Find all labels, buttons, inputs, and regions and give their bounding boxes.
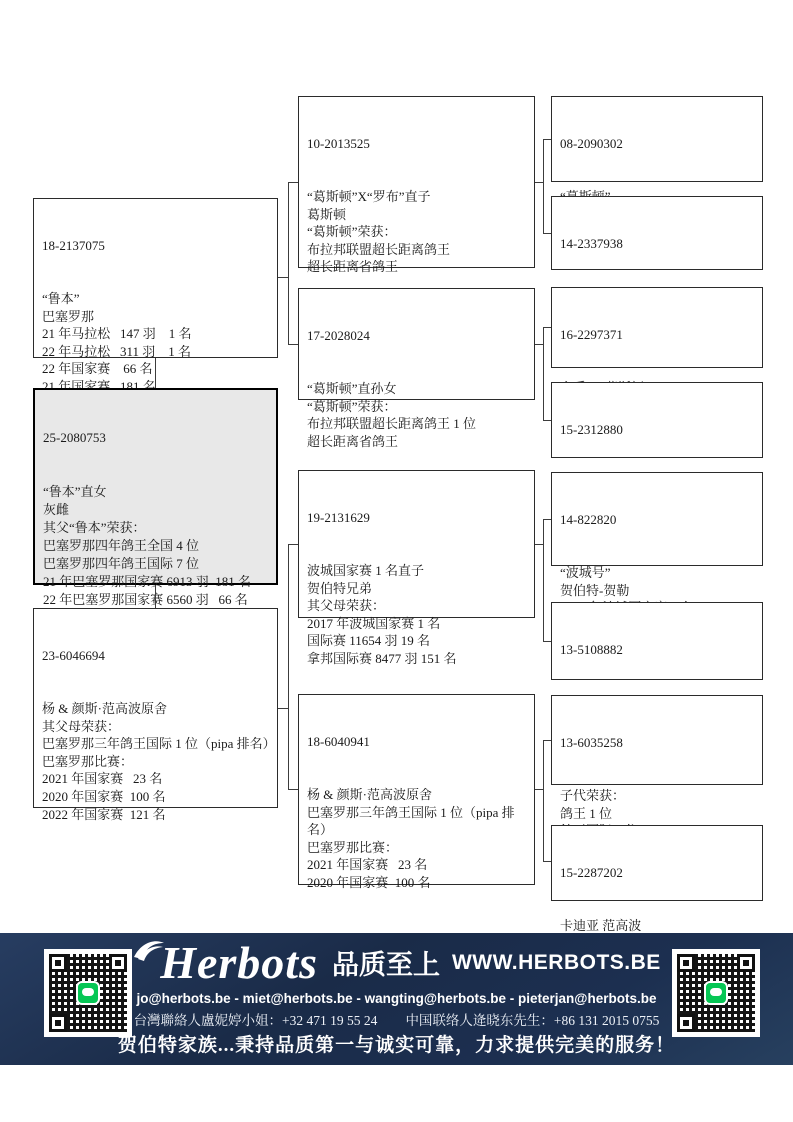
pedigree-page: 18-2137075 “鲁本”巴塞罗那21 年马拉松 147 羽 1 名22 年… — [0, 0, 793, 1122]
box-details: “葛斯顿”X“罗布”直子葛斯顿“葛斯顿”荣获：布拉邦联盟超长距离鸽王超长距离省鸽… — [307, 188, 527, 276]
text-line: “波城号” — [560, 564, 755, 582]
ring-number: 18-6040941 — [307, 733, 527, 751]
box-details: 杨 & 颜斯·范高波原舍巴塞罗那三年鸽王国际 1 位（pipa 排名）巴塞罗那比… — [307, 786, 527, 892]
text-line: 超长距离省鸽王 — [307, 258, 527, 276]
text-line: 2021 年国家赛 23 名 — [42, 770, 270, 788]
text-line: 鸽王 1 位 — [560, 805, 755, 823]
text-line: 22 年国家赛 66 名 — [42, 360, 270, 378]
brand-logo: Herbots — [160, 936, 318, 989]
ring-number: 08-2090302 — [560, 135, 755, 153]
china-contact: 中国联络人逄晓东先生：+86 131 2015 0755 — [405, 1013, 659, 1028]
ring-number: 10-2013525 — [307, 135, 527, 153]
text-line: 其父母荣获： — [307, 597, 527, 615]
text-line: 21 年马拉松 147 羽 1 名 — [42, 325, 270, 343]
ring-number: 17-2028024 — [307, 327, 527, 345]
box-details: 杨 & 颜斯·范高波原舍其父母荣获：巴塞罗那三年鸽王国际 1 位（pipa 排名… — [42, 700, 270, 823]
pedigree-box-grandfather-maternal: 19-2131629 波城国家赛 1 名直子贺伯特兄弟其父母荣获：2017 年波… — [298, 470, 535, 618]
ring-number: 16-2297371 — [560, 326, 755, 344]
connector-line — [288, 182, 298, 183]
connector-line — [535, 182, 543, 183]
connector-line — [543, 327, 544, 420]
connector-line — [543, 519, 551, 520]
connector-line — [278, 708, 288, 709]
pedigree-box-father: 18-2137075 “鲁本”巴塞罗那21 年马拉松 147 羽 1 名22 年… — [33, 198, 278, 358]
text-line: 卡迪亚 范高波 — [560, 917, 755, 935]
text-line: 超长距离省鸽王 — [307, 433, 527, 451]
text-line: 杨 & 颜斯·范高波原舍 — [307, 786, 527, 804]
ring-number: 15-2287202 — [560, 864, 755, 882]
text-line: 22 年马拉松 311 羽 1 名 — [42, 343, 270, 361]
contact-phones: 台灣聯絡人盧妮婷小姐：+32 471 19 55 24中国联络人逄晓东先生：+8… — [0, 1009, 793, 1029]
connector-line — [288, 789, 298, 790]
connector-line — [278, 277, 288, 278]
connector-line — [288, 544, 289, 789]
text-line: “鲁本” — [42, 290, 270, 308]
ring-number: 14-822820 — [560, 511, 755, 529]
text-line: 巴塞罗那四年鸽王国际 7 位 — [43, 555, 269, 573]
wing-icon — [132, 937, 166, 968]
pedigree-box-ggp5: 14-822820 “波城号”贺伯特-贺勒2017 年波城国家赛 1 名 — [551, 472, 763, 566]
connector-line — [543, 519, 544, 641]
connector-line — [543, 420, 551, 421]
text-line: 巴塞罗那三年鸽王国际 1 位（pipa 排名） — [307, 804, 527, 839]
pedigree-box-ggp3: 16-2297371 血系：“葛斯顿”“葛斯顿”荣获：布拉邦联盟超长距离鸽王 1… — [551, 287, 763, 368]
pedigree-box-ggp8: 15-2287202 卡迪亚 范高波子代荣获：巴塞罗那鸽王国际 1 位 — [551, 825, 763, 901]
text-line: 布拉邦联盟超长距离鸽王 — [307, 241, 527, 259]
text-line: 葛斯顿 — [307, 206, 527, 224]
text-line: “葛斯顿”荣获： — [307, 223, 527, 241]
text-line: 巴塞罗那比赛： — [42, 753, 270, 771]
text-line: 其父母荣获： — [42, 718, 270, 736]
text-line: 21 年巴塞罗那国家赛 6913 羽 181 名 — [43, 573, 269, 591]
ring-number: 13-6035258 — [560, 734, 755, 752]
connector-line — [535, 544, 543, 545]
text-line: 拿邦国际赛 8477 羽 151 名 — [307, 650, 527, 668]
text-line: 布拉邦联盟超长距离鸽王 1 位 — [307, 415, 527, 433]
pedigree-box-ggp1: 08-2090302 “葛斯顿”艾瑞克-贺伯特布拉邦联盟超长距离鸽王超长距离省鸽… — [551, 96, 763, 182]
connector-line — [535, 344, 543, 345]
text-line: 2020 年国家赛 100 名 — [307, 874, 527, 892]
text-line: “葛斯顿”直孙女 — [307, 380, 527, 398]
pedigree-box-ggp4: 15-2312880 出自“巴塞罗那杨”X“阿让国际赛 1 名直女” — [551, 382, 763, 458]
ring-number: 18-2137075 — [42, 237, 270, 255]
text-line: 巴塞罗那四年鸽王全国 4 位 — [43, 537, 269, 555]
contact-emails[interactable]: jo@herbots.be - miet@herbots.be - wangti… — [0, 991, 793, 1006]
connector-line — [543, 233, 551, 234]
connector-line — [288, 182, 289, 344]
text-line: 2020 年国家赛 100 名 — [42, 788, 270, 806]
text-line: “葛斯顿”荣获： — [307, 398, 527, 416]
text-line: 2021 年国家赛 23 名 — [307, 856, 527, 874]
text-line: 2022 年国家赛 121 名 — [42, 806, 270, 824]
box-details: “葛斯顿”直孙女“葛斯顿”荣获：布拉邦联盟超长距离鸽王 1 位超长距离省鸽王 — [307, 380, 527, 450]
text-line: 其父“鲁本”荣获： — [43, 519, 269, 537]
box-details: 波城国家赛 1 名直子贺伯特兄弟其父母荣获：2017 年波城国家赛 1 名国际赛… — [307, 562, 527, 668]
ring-number: 19-2131629 — [307, 509, 527, 527]
ring-number: 15-2312880 — [560, 421, 755, 439]
ring-number: 14-2337938 — [560, 235, 755, 253]
connector-line — [155, 585, 156, 608]
text-line: “葛斯顿”X“罗布”直子 — [307, 188, 527, 206]
text-line: 巴塞罗那三年鸽王国际 1 位（pipa 排名） — [42, 735, 270, 753]
text-line: 杨 & 颜斯·范高波原舍 — [42, 700, 270, 718]
connector-line — [543, 139, 551, 140]
pedigree-box-grandfather-paternal: 10-2013525 “葛斯顿”X“罗布”直子葛斯顿“葛斯顿”荣获：布拉邦联盟超… — [298, 96, 535, 268]
text-line: 子代荣获： — [560, 787, 755, 805]
connector-line — [155, 358, 156, 388]
text-line: 22 年巴塞罗那国家赛 6560 羽 66 名 — [43, 591, 269, 609]
text-line: 贺伯特兄弟 — [307, 580, 527, 598]
pedigree-box-subject: 25-2080753 “鲁本”直女灰雌其父“鲁本”荣获：巴塞罗那四年鸽王全国 4… — [33, 388, 278, 585]
connector-line — [543, 139, 544, 233]
pedigree-box-ggp2: 14-2337938 “威勒”+“爱坐者”直女孙代荣获：波品纳国家赛 8 名 — [551, 196, 763, 270]
text-line: 贺伯特-贺勒 — [560, 582, 755, 600]
text-line: “鲁本”直女 — [43, 483, 269, 501]
text-line: 国际赛 11654 羽 19 名 — [307, 632, 527, 650]
footer-tagline: 品质至上 — [332, 943, 440, 982]
connector-line — [543, 740, 551, 741]
pedigree-box-ggp7: 13-6035258 子代荣获：鸽王 1 位鸽王国际 1 位 — [551, 695, 763, 785]
website-link[interactable]: WWW.HERBOTS.BE — [452, 951, 661, 975]
pedigree-box-mother: 23-6046694 杨 & 颜斯·范高波原舍其父母荣获：巴塞罗那三年鸽王国际 … — [33, 608, 278, 808]
ring-number: 25-2080753 — [43, 429, 269, 447]
ring-number: 23-6046694 — [42, 647, 270, 665]
text-line: 2017 年波城国家赛 1 名 — [307, 615, 527, 633]
connector-line — [288, 544, 298, 545]
connector-line — [543, 641, 551, 642]
connector-line — [543, 327, 551, 328]
pedigree-box-ggp6: 13-5108882 巴塞罗那国家赛 1 名直女其父荣获：2012 年巴塞罗那国… — [551, 602, 763, 680]
text-line: 巴塞罗那 — [42, 308, 270, 326]
footer-slogan: 贺伯特家族...秉持品质第一与诚实可靠，力求提供完美的服务！ — [0, 1030, 793, 1057]
text-line: 波城国家赛 1 名直子 — [307, 562, 527, 580]
connector-line — [288, 344, 298, 345]
connector-line — [535, 789, 543, 790]
text-line: 灰雌 — [43, 501, 269, 519]
connector-line — [543, 861, 551, 862]
taiwan-contact: 台灣聯絡人盧妮婷小姐：+32 471 19 55 24 — [134, 1013, 378, 1028]
pedigree-box-grandmother-maternal: 18-6040941 杨 & 颜斯·范高波原舍巴塞罗那三年鸽王国际 1 位（pi… — [298, 694, 535, 885]
text-line: 巴塞罗那比赛： — [307, 839, 527, 857]
footer-logo-row: Herbots品质至上WWW.HERBOTS.BE — [0, 936, 793, 989]
connector-line — [543, 740, 544, 861]
pedigree-box-grandmother-paternal: 17-2028024 “葛斯顿”直孙女“葛斯顿”荣获：布拉邦联盟超长距离鸽王 1… — [298, 288, 535, 400]
ring-number: 13-5108882 — [560, 641, 755, 659]
